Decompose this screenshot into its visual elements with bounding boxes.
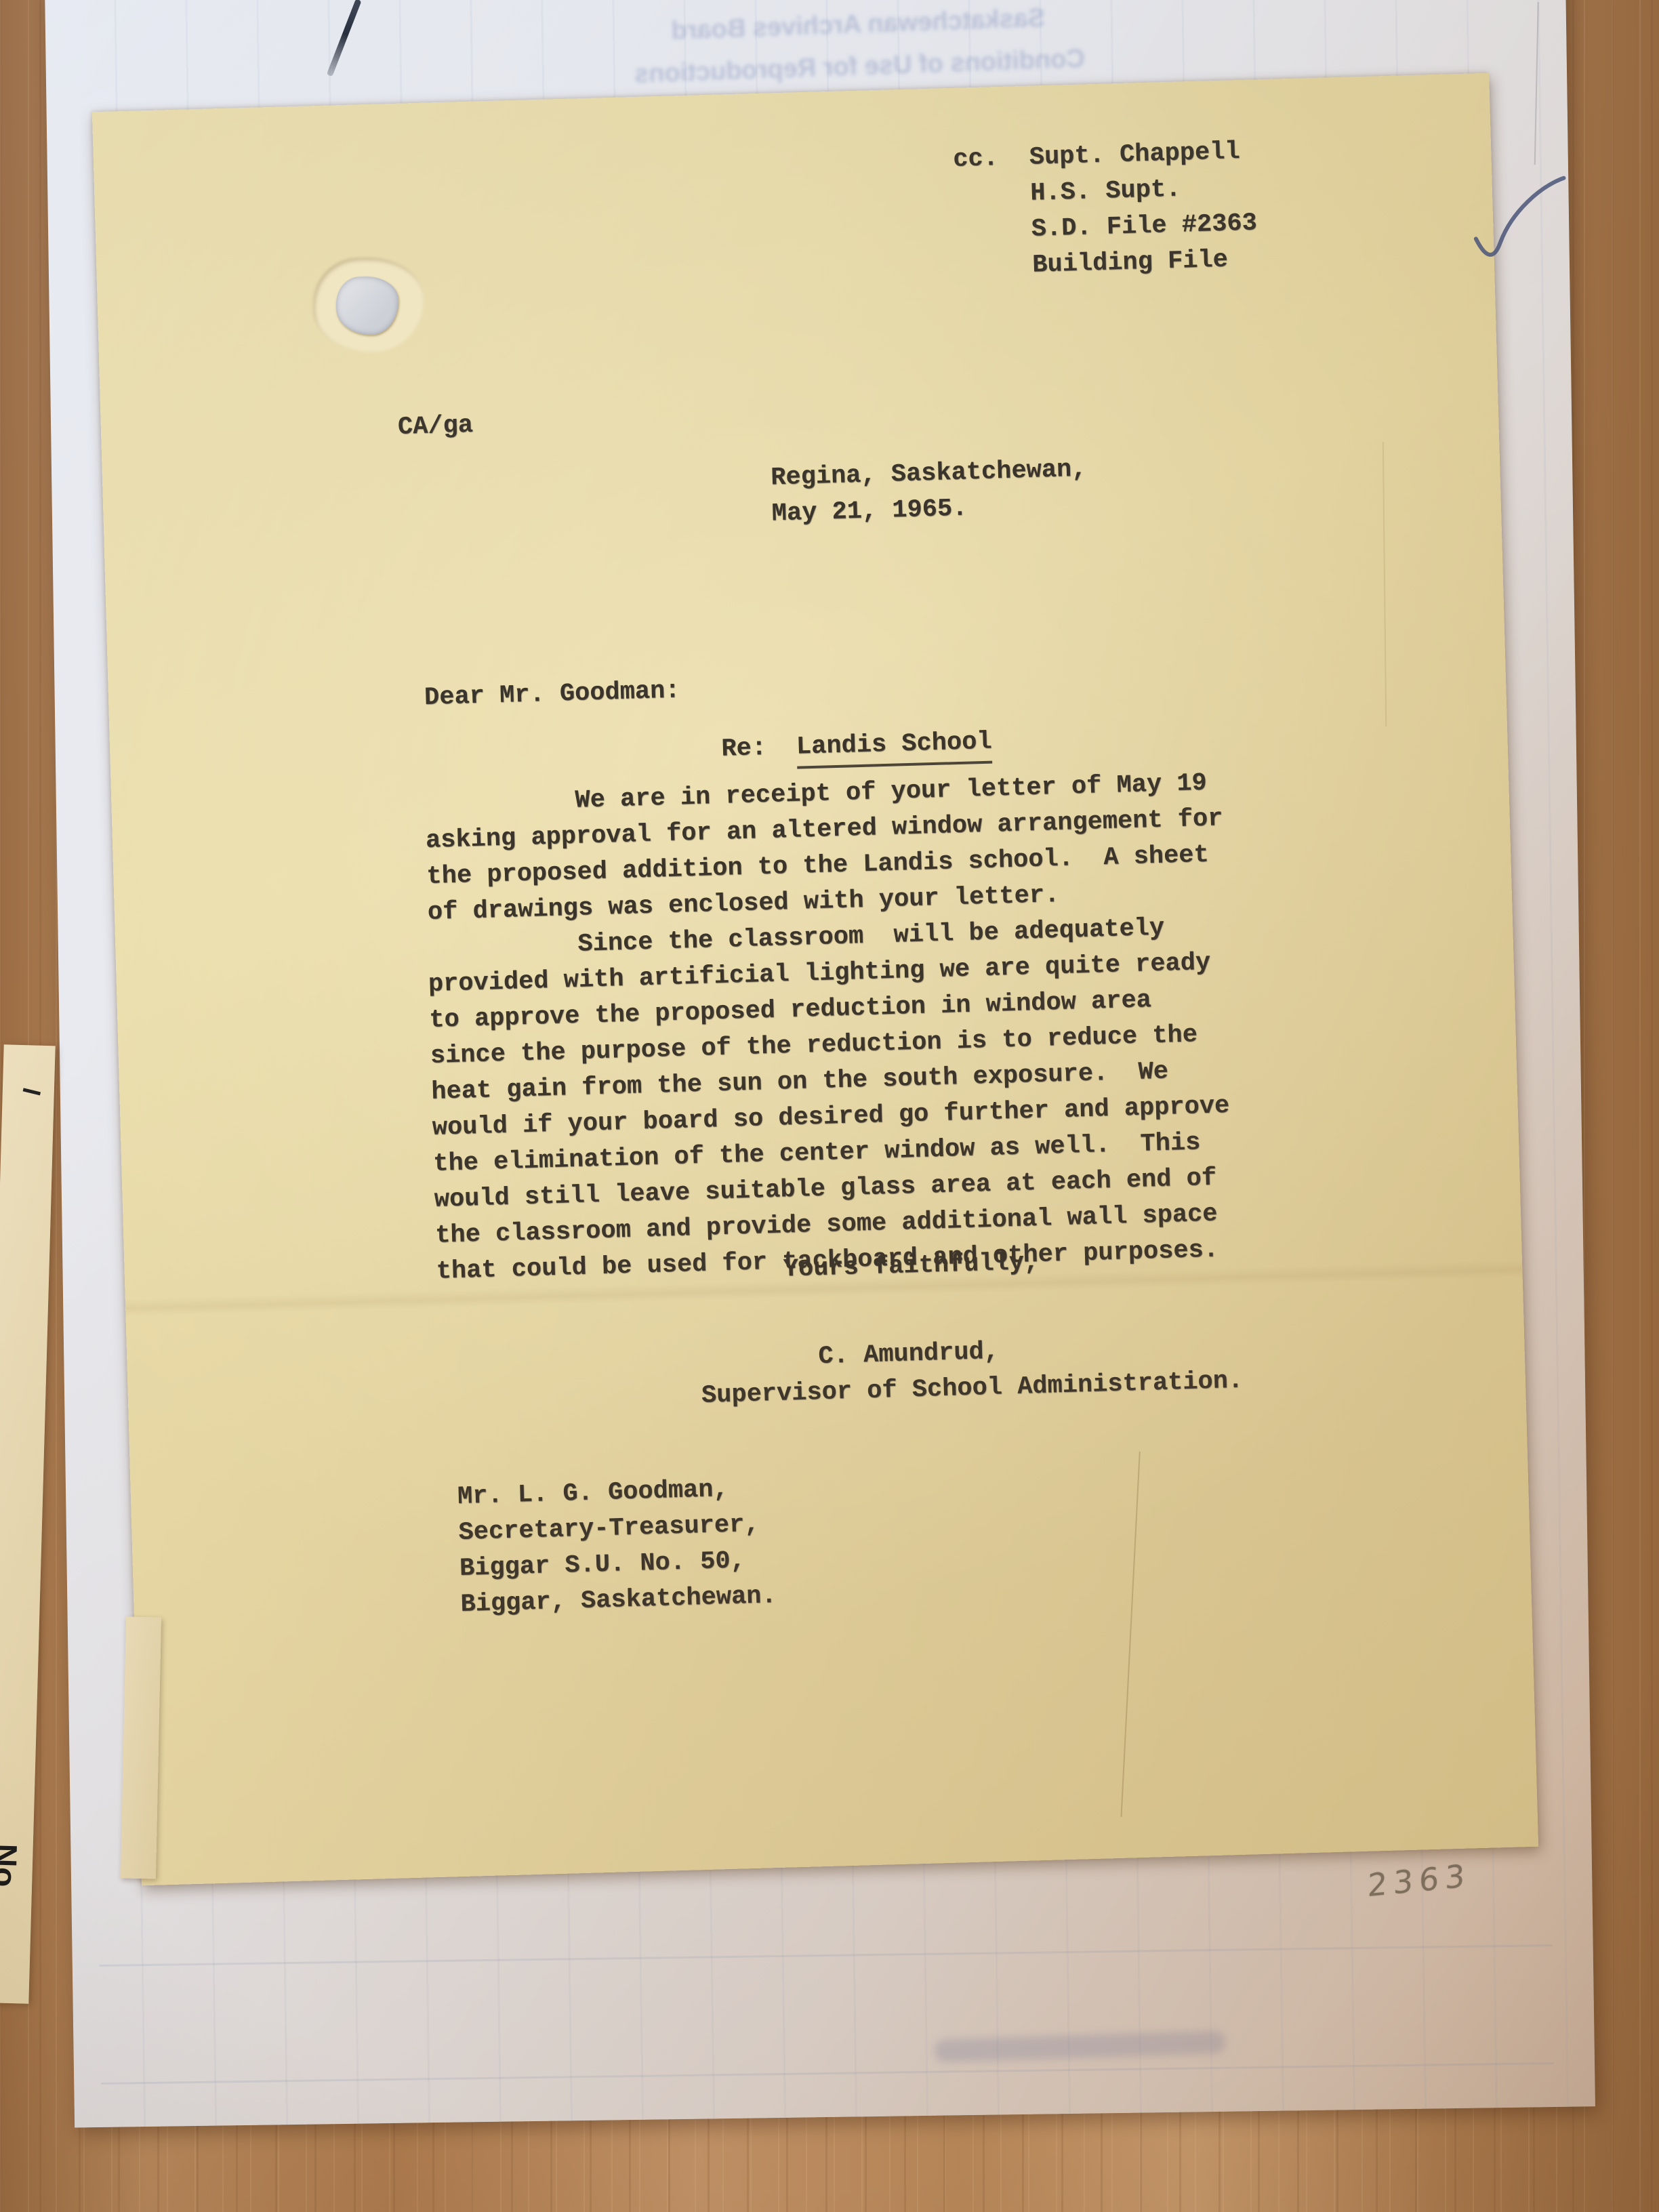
signature-title: Supervisor of School Administration. <box>701 1364 1244 1414</box>
paper-crease <box>1382 442 1387 726</box>
checkmark-icon <box>1469 171 1574 295</box>
cc-item: Supt. Chappell <box>1029 134 1255 176</box>
body-paragraph-2: Since the classroom will be adequatelypr… <box>427 909 1234 1290</box>
body-paragraph-1: We are in receipt of your letter of May … <box>424 765 1225 931</box>
form-no-label: No. <box>0 1843 24 1897</box>
torn-hole <box>330 271 408 338</box>
side-document-sliver <box>121 1616 161 1879</box>
cc-label: cc. <box>953 141 1002 286</box>
cc-block: cc. Supt. ChappellH.S. Supt.S.D. File #2… <box>953 134 1258 285</box>
cc-list: Supt. ChappellH.S. Supt.S.D. File #2363B… <box>1029 134 1258 283</box>
cc-item: H.S. Supt. <box>1030 169 1256 211</box>
signature-name: C. Amundrud, <box>818 1334 1000 1375</box>
salutation: Dear Mr. Goodman: <box>424 673 680 716</box>
subject-line: Re: Landis School <box>721 724 993 771</box>
subject-prefix: Re: <box>721 731 767 771</box>
cc-item: Building File <box>1032 241 1258 283</box>
letter-page: cc. Supt. ChappellH.S. Supt.S.D. File #2… <box>92 73 1538 1886</box>
dateline: Regina, Saskatchewan,May 21, 1965. <box>771 452 1088 533</box>
form-mark <box>23 1088 41 1095</box>
cc-item: S.D. File #2363 <box>1031 205 1257 247</box>
complimentary-close: Yours faithfully, <box>783 1245 1040 1288</box>
typist-initials: CA/ga <box>397 408 473 446</box>
side-document-edge: No. <box>0 1044 56 2004</box>
paper-crease <box>1121 1452 1141 1817</box>
subject-title: Landis School <box>796 724 992 769</box>
recipient-block: Mr. L. G. Goodman,Secretary-Treasurer,Bi… <box>457 1471 777 1623</box>
